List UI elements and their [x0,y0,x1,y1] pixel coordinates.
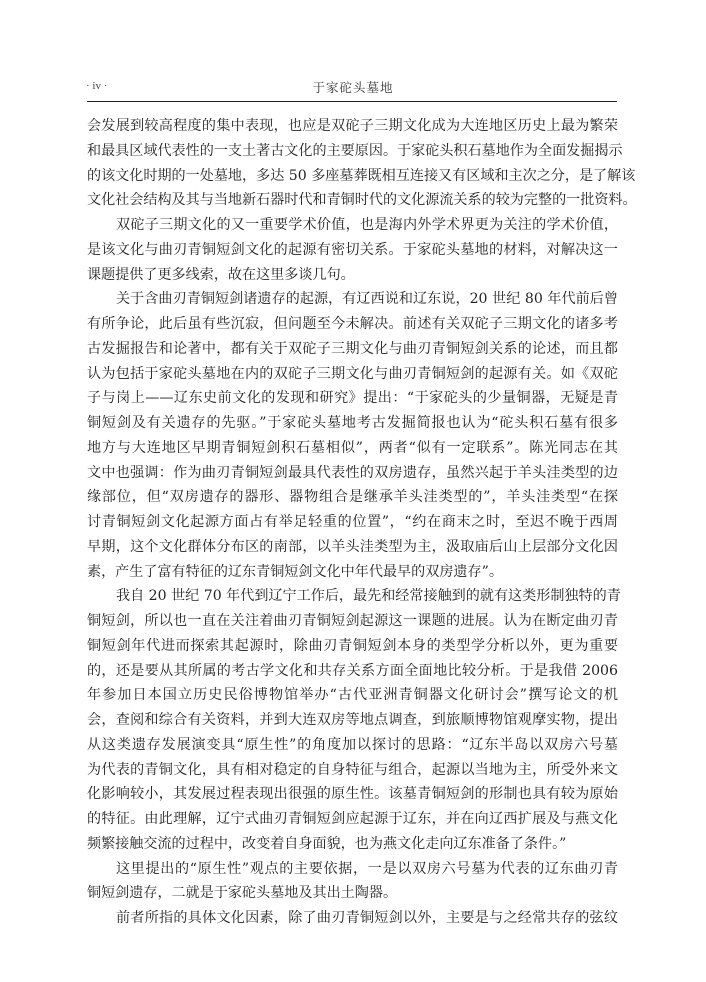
text-line: 这里提出的“原生性”观点的主要依据，一是以双房六号墓为代表的辽东曲刃青 [87,857,618,882]
text-line: 素，产生了富有特征的辽东青铜短剑文化中年代最早的双房遗存”。 [87,560,618,585]
text-line: 双砣子三期文化的又一重要学术价值，也是海内外学术界更为关注的学术价值， [87,213,618,238]
text-line: 频繁接触交流的过程中，改变着自身面貌，也为燕文化走向辽东准备了条件。” [87,832,618,857]
text-line: 铜短剑遗存，二就是于家砣头墓地及其出土陶器。 [87,881,618,906]
text-line: 古发掘报告和论著中，都有关于双砣子三期文化与曲刃青铜短剑关系的论述，而且都 [87,337,618,362]
text-line: 有所争论，此后虽有些沉寂，但问题至今未解决。前述有关双砣子三期文化的诸多考 [87,312,618,337]
text-line: 年参加日本国立历史民俗博物馆举办“古代亚洲青铜器文化研讨会”撰写论文的机 [87,683,618,708]
text-line: 缘部位，但“双房遗存的器形、器物组合是继承羊头洼类型的”，羊头洼类型“在探 [87,485,618,510]
text-line: 子与岗上——辽东史前文化的发现和研究》提出：“于家砣头的少量铜器，无疑是青 [87,386,618,411]
text-line: 地方与大连地区早期青铜短剑积石墓相似”，两者“似有一定联系”。陈光同志在其 [87,436,618,461]
text-line: 为代表的青铜文化，具有相对稳定的自身特征与组合，起源以当地为主，所受外来文 [87,758,618,783]
text-line: 会，查阅和综合有关资料，并到大连双房等地点调查，到旅顺博物馆观摩实物，提出 [87,708,618,733]
text-line: 文化社会结构及其与当地新石器时代和青铜时代的文化源流关系的较为完整的一批资料。 [87,188,618,213]
header-rule [87,101,617,102]
text-line: 的，还是要从其所属的考古学文化和共存关系方面全面地比较分析。于是我借 2006 [87,659,618,684]
text-line: 认为包括于家砣头墓地在内的双砣子三期文化与曲刃青铜短剑的起源有关。如《双砣 [87,362,618,387]
text-line: 是该文化与曲刃青铜短剑文化的起源有密切关系。于家砣头墓地的材料，对解决这一 [87,238,618,263]
text-line: 会发展到较高程度的集中表现，也应是双砣子三期文化成为大连地区历史上最为繁荣 [87,114,618,139]
text-line: 前者所指的具体文化因素，除了曲刃青铜短剑以外，主要是与之经常共存的弦纹 [87,906,618,931]
text-line: 文中也强调：作为曲刃青铜短剑最具代表性的双房遗存，虽然兴起于羊头洼类型的边 [87,461,618,486]
text-line: 课题提供了更多线索，故在这里多谈几句。 [87,263,618,288]
text-line: 铜短剑及有关遗存的先驱。”于家砣头墓地考古发掘简报也认为“砣头积石墓有很多 [87,411,618,436]
text-line: 从这类遗存发展演变具“原生性”的角度加以探讨的思路：“辽东半岛以双房六号墓 [87,733,618,758]
text-line: 关于含曲刃青铜短剑诸遗存的起源，有辽西说和辽东说，20 世纪 80 年代前后曾 [87,287,618,312]
text-line: 我自 20 世纪 70 年代到辽宁工作后，最先和经常接触到的就有这类形制独特的青 [87,584,618,609]
body-text: 会发展到较高程度的集中表现，也应是双砣子三期文化成为大连地区历史上最为繁荣和最具… [87,114,618,931]
text-line: 铜短剑年代进而探索其起源时，除曲刃青铜短剑本身的类型学分析以外，更为重要 [87,634,618,659]
text-line: 和最具区域代表性的一支土著古文化的主要原因。于家砣头积石墓地作为全面发掘揭示 [87,139,618,164]
text-line: 的特征。由此理解，辽宁式曲刃青铜短剑应起源于辽东，并在向辽西扩展及与燕文化 [87,807,618,832]
text-line: 化影响较小，其发展过程表现出很强的原生性。该墓青铜短剑的形制也具有较为原始 [87,782,618,807]
text-line: 讨青铜短剑文化起源方面占有举足轻重的位置”，“约在商末之时，至迟不晚于西周 [87,510,618,535]
text-line: 早期，这个文化群体分布区的南部，以羊头洼类型为主，汲取庙后山上层部分文化因 [87,535,618,560]
text-line: 铜短剑，所以也一直在关注着曲刃青铜短剑起源这一课题的进展。认为在断定曲刃青 [87,609,618,634]
running-title: 于家砣头墓地 [0,78,706,96]
text-line: 的该文化时期的一处墓地，多达 50 多座墓葬既相互连接又有区域和主次之分，是了解… [87,164,618,189]
